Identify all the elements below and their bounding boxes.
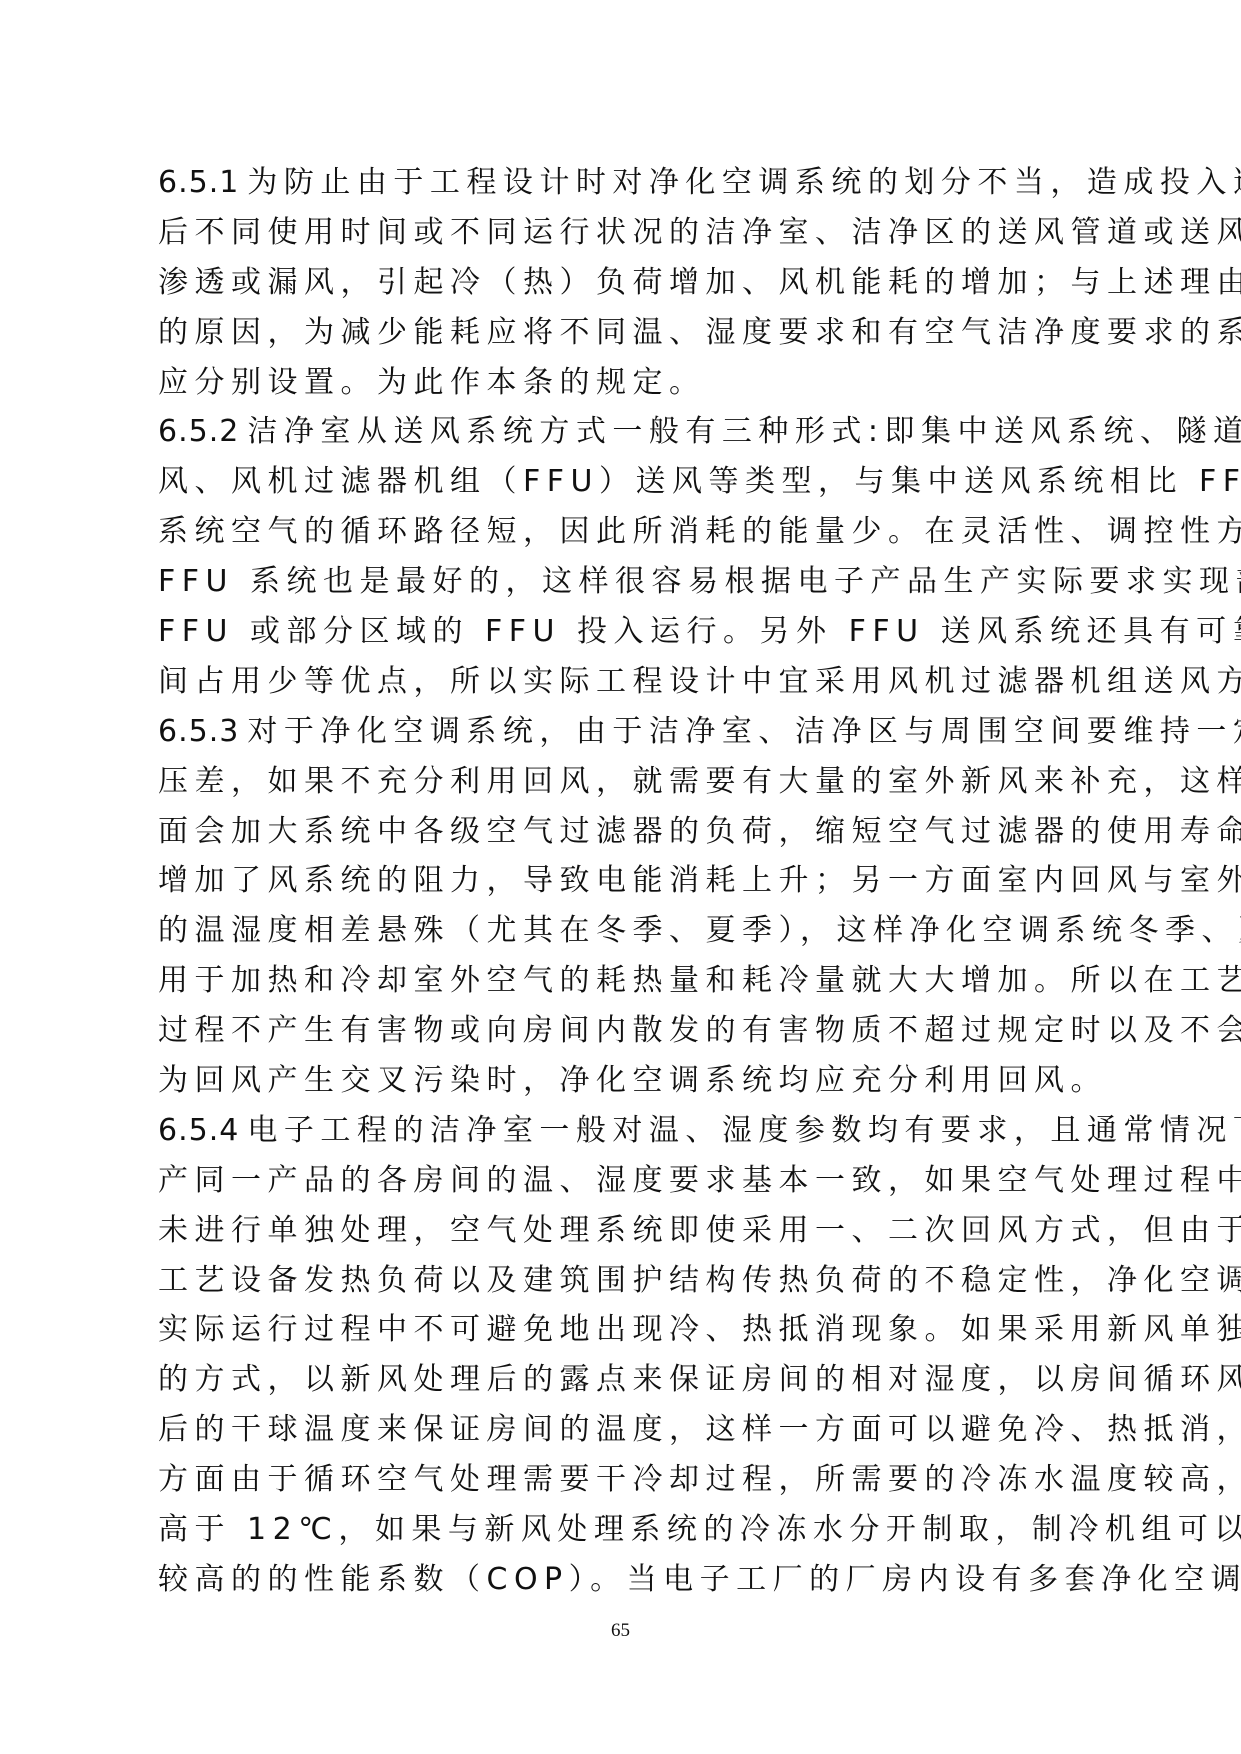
text-line: 渗透或漏风，引起冷（热）负荷增加、风机能耗的增加；与上述理由类似	[158, 258, 1093, 308]
text-line: 未进行单独处理，空气处理系统即使采用一、二次回风方式，但由于室内	[158, 1206, 1093, 1256]
text-line: 的原因，为减少能耗应将不同温、湿度要求和有空气洁净度要求的系统均	[158, 308, 1093, 358]
text-line: 过程不产生有害物或向房间内散发的有害物质不超过规定时以及不会因	[158, 1006, 1093, 1056]
document-page: 6.5.1为防止由于工程设计时对净化空调系统的划分不当，造成投入运行 后不同使用…	[0, 0, 1241, 1754]
text-line: 风、风机过滤器机组（FFU）送风等类型，与集中送风系统相比 FFU 送风	[158, 457, 1093, 507]
text-line: 用于加热和冷却室外空气的耗热量和耗冷量就大大增加。所以在工艺生产	[158, 956, 1093, 1006]
text-line: 为防止由于工程设计时对净化空调系统的划分不当，造成投入运行	[247, 165, 1241, 200]
text-line: 为回风产生交叉污染时，净化空调系统均应充分利用回风。	[158, 1056, 1093, 1106]
text-line: 工艺设备发热负荷以及建筑围护结构传热负荷的不稳定性，净化空调系统	[158, 1256, 1093, 1306]
clause-6-5-2-line: 6.5.2洁净室从送风系统方式一般有三种形式:即集中送风系统、隧道送	[158, 407, 1093, 457]
text-line: 后不同使用时间或不同运行状况的洁净室、洁净区的送风管道或送风口的	[158, 208, 1093, 258]
text-line: 间占用少等优点，所以实际工程设计中宜采用风机过滤器机组送风方式。	[158, 657, 1093, 707]
text-line: 压差，如果不充分利用回风，就需要有大量的室外新风来补充，这样一方	[158, 757, 1093, 807]
clause-6-5-3-line: 6.5.3对于净化空调系统，由于洁净室、洁净区与周围空间要维持一定的	[158, 707, 1093, 757]
text-line: 的方式，以新风处理后的露点来保证房间的相对湿度，以房间循环风处理	[158, 1355, 1093, 1405]
text-line: 较高的的性能系数（COP）。当电子工厂的厂房内设有多套净化空调系统，	[158, 1555, 1093, 1605]
text-line: 方面由于循环空气处理需要干冷却过程，所需要的冷冻水温度较高，通常	[158, 1455, 1093, 1505]
text-line: 的温湿度相差悬殊（尤其在冬季、夏季），这样净化空调系统冬季、夏季	[158, 906, 1093, 956]
clause-number: 6.5.4	[158, 1113, 239, 1148]
text-line: 电子工程的洁净室一般对温、湿度参数均有要求，且通常情况下生	[247, 1113, 1241, 1148]
text-line: 洁净室从送风系统方式一般有三种形式:即集中送风系统、隧道送	[247, 414, 1241, 449]
clause-number: 6.5.2	[158, 414, 239, 449]
text-line: FFU 或部分区域的 FFU 投入运行。另外 FFU 送风系统还具有可靠性高，空	[158, 607, 1093, 657]
text-line: 产同一产品的各房间的温、湿度要求基本一致，如果空气处理过程中新风	[158, 1156, 1093, 1206]
text-line: 对于净化空调系统，由于洁净室、洁净区与周围空间要维持一定的	[247, 714, 1241, 749]
clause-6-5-1-line: 6.5.1为防止由于工程设计时对净化空调系统的划分不当，造成投入运行	[158, 158, 1093, 208]
clause-number: 6.5.3	[158, 714, 239, 749]
page-number: 65	[0, 1620, 1241, 1642]
text-line: 增加了风系统的阻力，导致电能消耗上升；另一方面室内回风与室外新风	[158, 856, 1093, 906]
body-text: 6.5.1为防止由于工程设计时对净化空调系统的划分不当，造成投入运行 后不同使用…	[158, 158, 1093, 1605]
text-line: 应分别设置。为此作本条的规定。	[158, 358, 1093, 408]
text-line: 面会加大系统中各级空气过滤器的负荷，缩短空气过滤器的使用寿命，也	[158, 807, 1093, 857]
text-line: 高于 12℃，如果与新风处理系统的冷冻水分开制取，制冷机组可以得到	[158, 1505, 1093, 1555]
clause-6-5-4-line: 6.5.4电子工程的洁净室一般对温、湿度参数均有要求，且通常情况下生	[158, 1106, 1093, 1156]
text-line: 后的干球温度来保证房间的温度，这样一方面可以避免冷、热抵消，另一	[158, 1405, 1093, 1455]
text-line: 实际运行过程中不可避免地出现冷、热抵消现象。如果采用新风单独处理	[158, 1305, 1093, 1355]
clause-number: 6.5.1	[158, 165, 239, 200]
text-line: FFU 系统也是最好的，这样很容易根据电子产品生产实际要求实现部分	[158, 557, 1093, 607]
text-line: 系统空气的循环路径短，因此所消耗的能量少。在灵活性、调控性方面，	[158, 507, 1093, 557]
